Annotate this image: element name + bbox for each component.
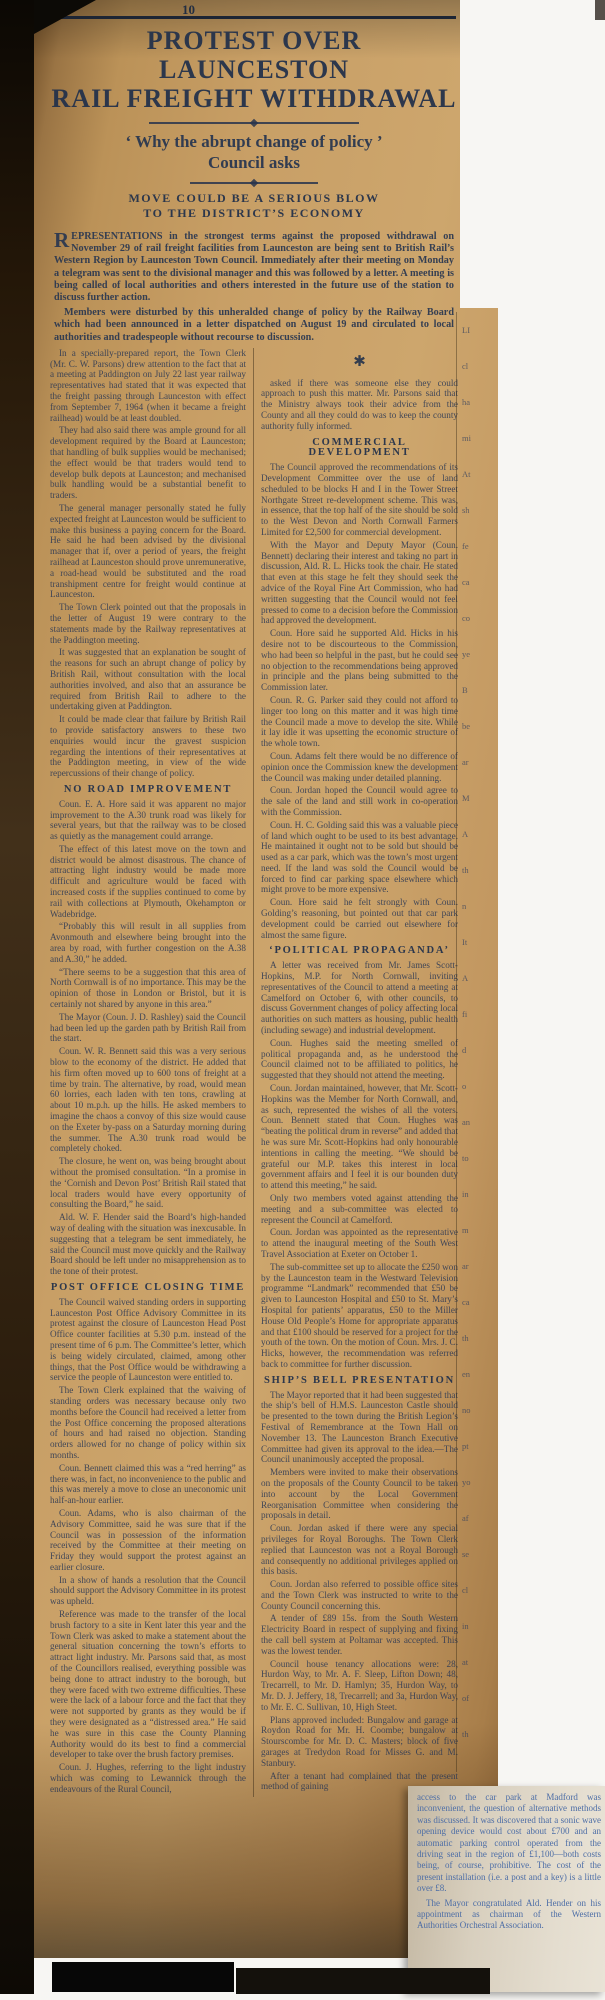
article-paragraph: “Probably this will result in all suppli… — [50, 921, 246, 964]
article-paragraph: The Council waived standing orders in su… — [50, 1297, 246, 1383]
divider-diamond — [250, 119, 258, 127]
fragment-paragraph: access to the car park at Madford was in… — [417, 1792, 601, 1895]
crosshead-line2: TO THE DISTRICT’S ECONOMY — [50, 206, 458, 221]
top-rule — [56, 16, 456, 19]
article-paragraph: The general manager personally stated he… — [50, 503, 246, 600]
article-paragraph: Reference was made to the transfer of th… — [50, 1609, 246, 1760]
divider-diamond — [250, 179, 258, 187]
article-paragraph: Coun. W. R. Bennett said this was a very… — [50, 1046, 246, 1154]
article-paragraph: asked if there was someone else they cou… — [261, 378, 458, 432]
article-paragraph: Coun. Hore said he felt strongly with Co… — [261, 897, 458, 940]
article-paragraph: Coun. Jordan asked if there were any spe… — [261, 1523, 458, 1577]
article-paragraph: They had also said there was ample groun… — [50, 425, 246, 501]
photo-shadow-bottom — [52, 1962, 234, 1992]
newspaper-scan: 10 PROTEST OVER LAUNCESTON RAIL FREIGHT … — [0, 0, 605, 2000]
section-header-no-road-improvement: NO ROAD IMPROVEMENT — [50, 785, 246, 796]
article-paragraph: Coun. Jordan maintained, however, that M… — [261, 1083, 458, 1191]
article-paragraph: Only two members voted against attending… — [261, 1193, 458, 1225]
section-header-ships-bell-presentation: SHIP’S BELL PRESENTATION — [261, 1376, 458, 1387]
star-separator: ✱ — [261, 357, 458, 368]
article-paragraph: The Mayor (Coun. J. D. Rashley) said the… — [50, 1012, 246, 1044]
fragment-paragraph: The Mayor congratulated Ald. Hender on h… — [417, 1898, 601, 1932]
article-columns: In a specially-prepared report, the Town… — [50, 348, 458, 1797]
article-column-right: ✱ asked if there was someone else they c… — [254, 348, 458, 1797]
article-paragraph: Coun. Hore said he supported Ald. Hicks … — [261, 628, 458, 693]
article-paragraph: With the Mayor and Deputy Mayor (Coun. B… — [261, 540, 458, 626]
adjacent-clipping-fragment: access to the car park at Madford was in… — [408, 1786, 605, 1992]
subhead: ‘ Why the abrupt change of policy ’ Coun… — [50, 131, 458, 173]
article-paragraph: In a specially-prepared report, the Town… — [50, 348, 246, 424]
article-paragraph: Coun. Hughes said the meeting smelled of… — [261, 1038, 458, 1081]
divider-rule — [149, 122, 359, 124]
drop-cap: R — [54, 231, 69, 250]
subhead-line1: ‘ Why the abrupt change of policy ’ — [50, 131, 458, 152]
article-column-left: In a specially-prepared report, the Town… — [50, 348, 254, 1797]
torn-column-letter-fragments: LI cl ha mi At sh fe ca co ye B be ar M … — [456, 312, 496, 1772]
lead-paragraphs: REPRESENTATIONS in the strongest terms a… — [54, 231, 454, 344]
article-paragraph: A letter was received from Mr. James Sco… — [261, 960, 458, 1036]
photo-shadow-bottom — [236, 1968, 490, 1994]
article-paragraph: Council house tenancy allocations were: … — [261, 1659, 458, 1713]
section-header-political-propaganda: ‘POLITICAL PROPAGANDA’ — [261, 946, 458, 957]
photo-mark-top-right — [595, 0, 605, 20]
article-paragraph: The closure, he went on, was being broug… — [50, 1156, 246, 1210]
article-paragraph: Coun. Adams, who is also chairman of the… — [50, 1508, 246, 1573]
headline: PROTEST OVER LAUNCESTON RAIL FREIGHT WIT… — [50, 26, 458, 113]
article-paragraph: Coun. E. A. Hore said it was apparent no… — [50, 799, 246, 842]
lead-paragraph-2: Members were disturbed by this unheralde… — [54, 307, 454, 344]
article-paragraph: The Council approved the recommendations… — [261, 462, 458, 538]
article-paragraph: The Town Clerk pointed out that the prop… — [50, 602, 246, 645]
subhead-line2: Council asks — [50, 152, 458, 173]
article-paragraph: A tender of £89 15s. from the South West… — [261, 1613, 458, 1656]
article-paragraph: The effect of this latest move on the to… — [50, 844, 246, 920]
crosshead: MOVE COULD BE A SERIOUS BLOW TO THE DIST… — [50, 191, 458, 221]
crosshead-line1: MOVE COULD BE A SERIOUS BLOW — [50, 191, 458, 206]
article-paragraph: Members were invited to make their obser… — [261, 1467, 458, 1521]
article-paragraph: “There seems to be a suggestion that thi… — [50, 967, 246, 1010]
headline-line1: PROTEST OVER LAUNCESTON — [50, 26, 458, 84]
article-paragraph: Coun. Jordan was appointed as the repres… — [261, 1227, 458, 1259]
article-paragraph: The sub-committee set up to allocate the… — [261, 1262, 458, 1370]
article-paragraph: It was suggested that an explanation be … — [50, 647, 246, 712]
lead-paragraph-1: REPRESENTATIONS in the strongest terms a… — [54, 231, 454, 304]
clipping-content: PROTEST OVER LAUNCESTON RAIL FREIGHT WIT… — [34, 26, 498, 1797]
article-paragraph: In a show of hands a resolution that the… — [50, 1575, 246, 1607]
article-paragraph: Coun. J. Hughes, referring to the light … — [50, 1762, 246, 1794]
article-paragraph: Coun. R. G. Parker said they could not a… — [261, 695, 458, 749]
article-paragraph: Coun. Jordan hoped the Council would agr… — [261, 785, 458, 817]
section-header-commercial-development: COMMERCIAL DEVELOPMENT — [261, 438, 458, 460]
newspaper-clipping: 10 PROTEST OVER LAUNCESTON RAIL FREIGHT … — [34, 0, 498, 1958]
article-paragraph: Coun. Bennett claimed this was a “red he… — [50, 1463, 246, 1506]
section-header-post-office-closing-time: POST OFFICE CLOSING TIME — [50, 1283, 246, 1294]
article-paragraph: The Mayor reported that it had been sugg… — [261, 1390, 458, 1466]
article-paragraph: It could be made clear that failure by B… — [50, 714, 246, 779]
lead-paragraph-1-text: EPRESENTATIONS in the strongest terms ag… — [54, 231, 454, 303]
article-paragraph: The Town Clerk explained that the waivin… — [50, 1385, 246, 1461]
article-paragraph: Coun. Adams felt there would be no diffe… — [261, 751, 458, 783]
article-paragraph: Plans approved included: Bungalow and ga… — [261, 1715, 458, 1769]
headline-line2: RAIL FREIGHT WITHDRAWAL — [50, 84, 458, 113]
article-paragraph: Coun. H. C. Golding said this was a valu… — [261, 820, 458, 896]
photo-shadow-left — [0, 0, 34, 1994]
article-paragraph: Coun. Jordan also referred to possible o… — [261, 1579, 458, 1611]
divider-rule — [190, 182, 318, 184]
article-paragraph: Ald. W. F. Hender said the Board’s high-… — [50, 1212, 246, 1277]
